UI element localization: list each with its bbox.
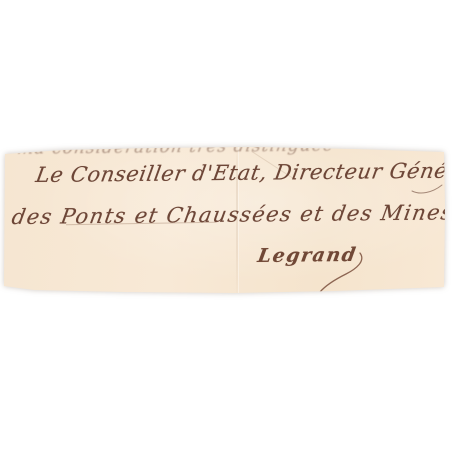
handwritten-line-closing-cutoff: ma considération très distinguée (16, 147, 336, 159)
signature-handwritten: Legrand (256, 244, 358, 267)
paper-fragment: ma considération très distinguée Le Cons… (4, 147, 445, 293)
handwritten-line-title-1: Le Conseiller d'Etat, Directeur Général (34, 158, 445, 187)
paper-fragment-wrapper: ma considération très distinguée Le Cons… (4, 147, 445, 293)
handwritten-line-title-2: des Ponts et Chaussées et des Mines. (10, 200, 445, 229)
scanned-photo-canvas: ma considération très distinguée Le Cons… (0, 0, 452, 452)
